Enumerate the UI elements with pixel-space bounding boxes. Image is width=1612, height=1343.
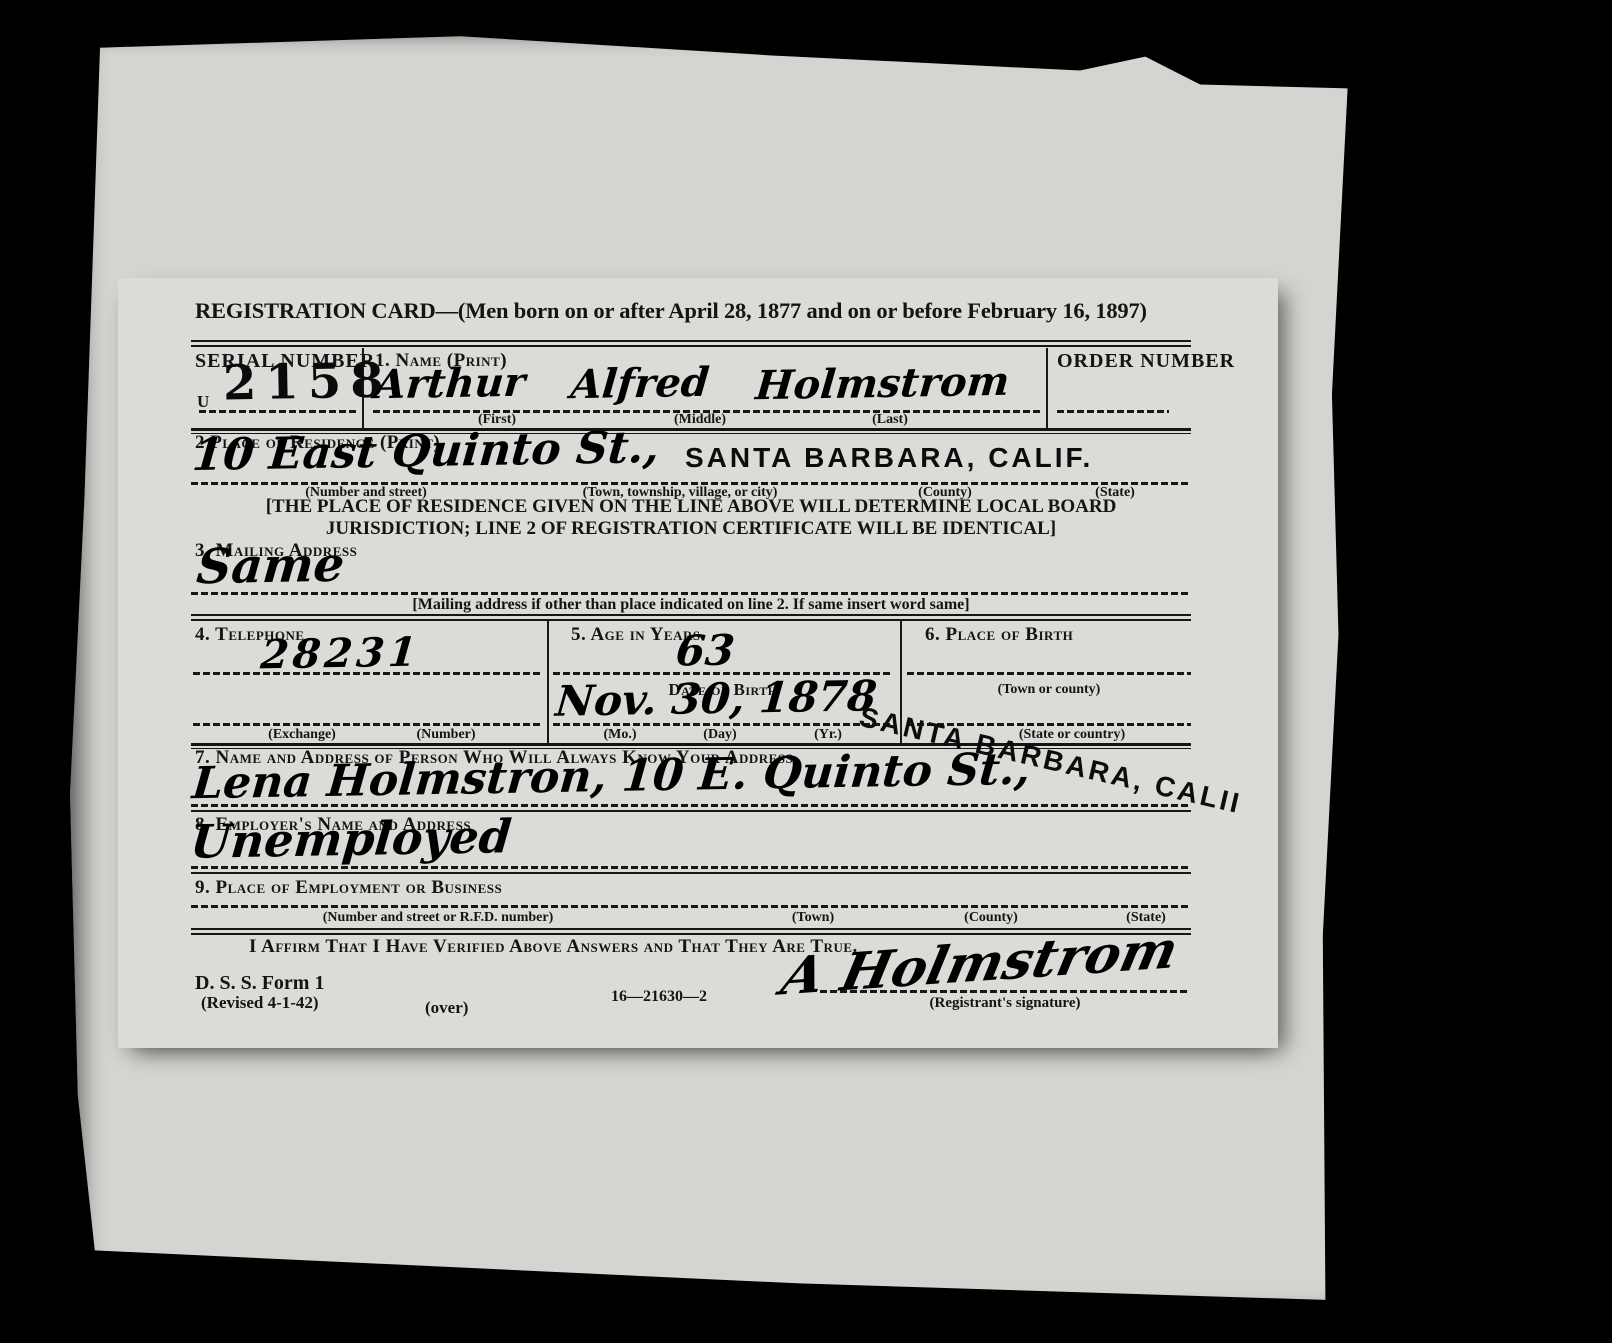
signature-line bbox=[820, 990, 1190, 993]
over-note: (over) bbox=[425, 998, 468, 1018]
mailing-note: [Mailing address if other than place ind… bbox=[191, 596, 1191, 614]
column-divider bbox=[547, 620, 549, 743]
employment-sublabel-town: (Town) bbox=[792, 910, 834, 926]
fill-in-line bbox=[553, 723, 893, 726]
employment-section: 9. Place of Employment or Business (Numb… bbox=[191, 875, 1191, 928]
registration-card: REGISTRATION CARD—(Men born on or after … bbox=[118, 278, 1278, 1048]
fill-in-line bbox=[907, 672, 1191, 675]
employer-value: Unemployed bbox=[189, 813, 514, 865]
name-value: Arthur Alfred Holmstrom bbox=[375, 364, 1035, 404]
divider bbox=[191, 340, 1191, 347]
fill-in-line bbox=[191, 804, 1191, 807]
dob-sublabel-day: (Day) bbox=[703, 727, 736, 743]
column-divider bbox=[1046, 348, 1048, 428]
paper-sheet: REGISTRATION CARD—(Men born on or after … bbox=[70, 35, 1375, 1305]
telephone-sublabel-number: (Number) bbox=[416, 727, 475, 743]
jurisdiction-notice: [THE PLACE OF RESIDENCE GIVEN ON THE LIN… bbox=[241, 496, 1141, 540]
employment-sublabel-street: (Number and street or R.F.D. number) bbox=[323, 910, 553, 926]
dob-sublabel-year: (Yr.) bbox=[814, 727, 842, 743]
fill-in-line bbox=[193, 672, 541, 675]
fill-in-line bbox=[191, 866, 1191, 869]
telephone-value: 28231 bbox=[259, 633, 422, 676]
residence-section: 2 Place of Residence (Print) 10 East Qui… bbox=[191, 432, 1191, 496]
name-middle: Alfred bbox=[570, 363, 712, 405]
age-value: 63 bbox=[674, 629, 736, 672]
mailing-value: Same bbox=[195, 541, 347, 592]
dob-sublabel-month: (Mo.) bbox=[603, 727, 636, 743]
birthplace-town-label: (Town or county) bbox=[998, 682, 1101, 698]
scan-background: { "card": { "title": "REGISTRATION CARD—… bbox=[0, 0, 1612, 1343]
birthplace-label: 6. Place of Birth bbox=[925, 624, 1073, 646]
mailing-section: 3. Mailing Address Same [Mailing address… bbox=[191, 538, 1191, 614]
print-code: 16—21630—2 bbox=[611, 988, 707, 1006]
dob-value: Nov. 30, 1878 bbox=[554, 675, 879, 723]
name-last: Holmstrom bbox=[754, 362, 1011, 406]
serial-number-value: 2158 bbox=[223, 357, 393, 408]
registration-form: REGISTRATION CARD—(Men born on or after … bbox=[191, 298, 1191, 1048]
form-revision: (Revised 4-1-42) bbox=[201, 993, 319, 1013]
contact-value: Lena Holmstron, 10 E. Quinto St., bbox=[190, 748, 1032, 807]
name-sublabel-middle: (Middle) bbox=[674, 412, 726, 428]
order-number-label: ORDER NUMBER bbox=[1057, 350, 1235, 373]
employment-label: 9. Place of Employment or Business bbox=[195, 877, 502, 899]
residence-value: 10 East Quinto St., bbox=[191, 426, 661, 478]
contact-section: 7. Name and Address of Person Who Will A… bbox=[191, 747, 1191, 807]
row-phone-age-birth: 4. Telephone 28231 (Exchange) (Number) 5… bbox=[191, 620, 1191, 743]
footer-section: A Holmstrom (Registrant's signature) D. … bbox=[191, 946, 1191, 1046]
name-first: Arthur bbox=[373, 363, 527, 406]
divider bbox=[191, 872, 1191, 874]
fill-in-line bbox=[191, 592, 1191, 595]
fill-in-line bbox=[1057, 410, 1169, 413]
card-title: REGISTRATION CARD—(Men born on or after … bbox=[195, 298, 1147, 324]
employer-section: 8. Employer's Name and Address Unemploye… bbox=[191, 812, 1191, 870]
serial-prefix: U bbox=[197, 392, 209, 412]
form-number: D. S. S. Form 1 bbox=[195, 972, 324, 995]
fill-in-line bbox=[193, 723, 541, 726]
residence-city-stamp: SANTA BARBARA, CALIF. bbox=[685, 444, 1093, 472]
row-serial-name-order: SERIAL NUMBER U 2158 1. Name (Print) Art… bbox=[191, 348, 1191, 428]
name-sublabel-last: (Last) bbox=[872, 412, 908, 428]
fill-in-line bbox=[191, 905, 1191, 908]
fill-in-line bbox=[199, 410, 359, 413]
employment-sublabel-county: (County) bbox=[964, 910, 1018, 926]
telephone-sublabel-exchange: (Exchange) bbox=[268, 727, 336, 743]
signature-label: (Registrant's signature) bbox=[930, 995, 1081, 1012]
